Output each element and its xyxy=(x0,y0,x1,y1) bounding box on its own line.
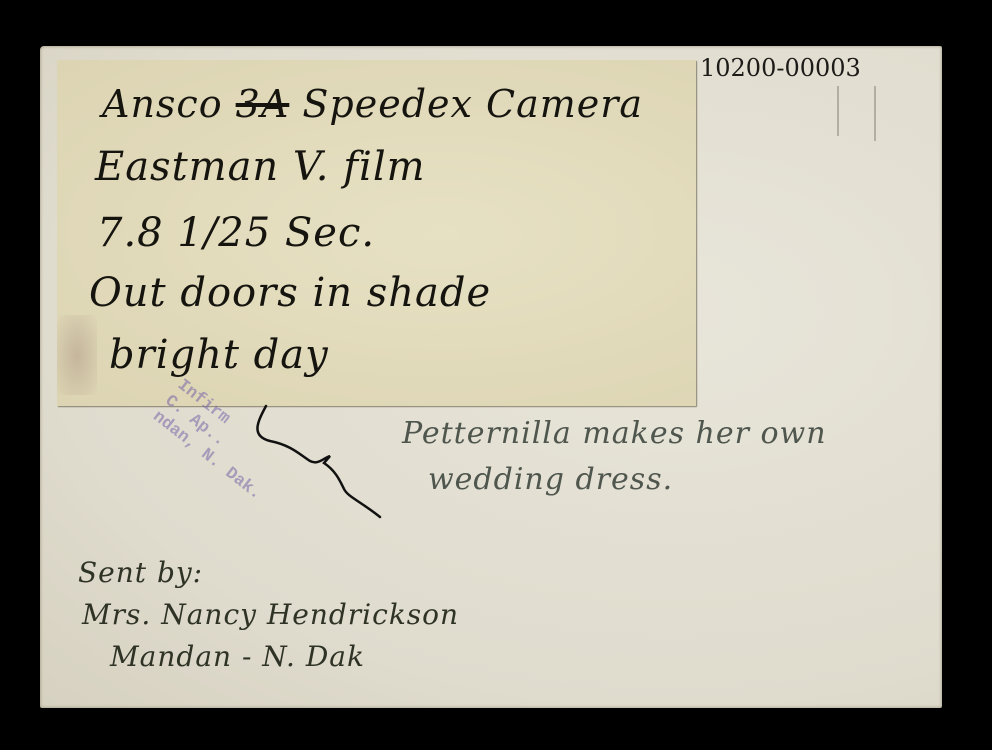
label-line-film: Eastman V. film xyxy=(95,144,426,190)
caption-line-2: wedding dress. xyxy=(428,462,673,497)
pencil-mark xyxy=(837,86,839,136)
stain-mark xyxy=(57,315,97,395)
sender-heading: Sent by: xyxy=(78,556,203,589)
label-line-light: bright day xyxy=(109,332,329,378)
catalog-number: 10200-00003 xyxy=(700,54,861,82)
photo-card-back: Ansco 3A Speedex Camera Eastman V. film … xyxy=(40,46,942,708)
camera-model-text: Speedex Camera xyxy=(289,82,643,126)
camera-settings-label: Ansco 3A Speedex Camera Eastman V. film … xyxy=(57,60,696,406)
label-line-exposure: 7.8 1/25 Sec. xyxy=(97,210,375,256)
struck-model-text: 3A xyxy=(236,82,290,126)
caption-line-1: Petternilla makes her own xyxy=(402,416,827,451)
label-line-conditions: Out doors in shade xyxy=(89,270,491,316)
label-line-camera: Ansco 3A Speedex Camera xyxy=(102,82,643,126)
pencil-mark xyxy=(874,86,876,141)
camera-brand-text: Ansco xyxy=(102,82,236,126)
sender-location: Mandan - N. Dak xyxy=(110,640,365,673)
sender-name: Mrs. Nancy Hendrickson xyxy=(82,598,459,631)
ink-squiggle-mark xyxy=(240,401,400,521)
